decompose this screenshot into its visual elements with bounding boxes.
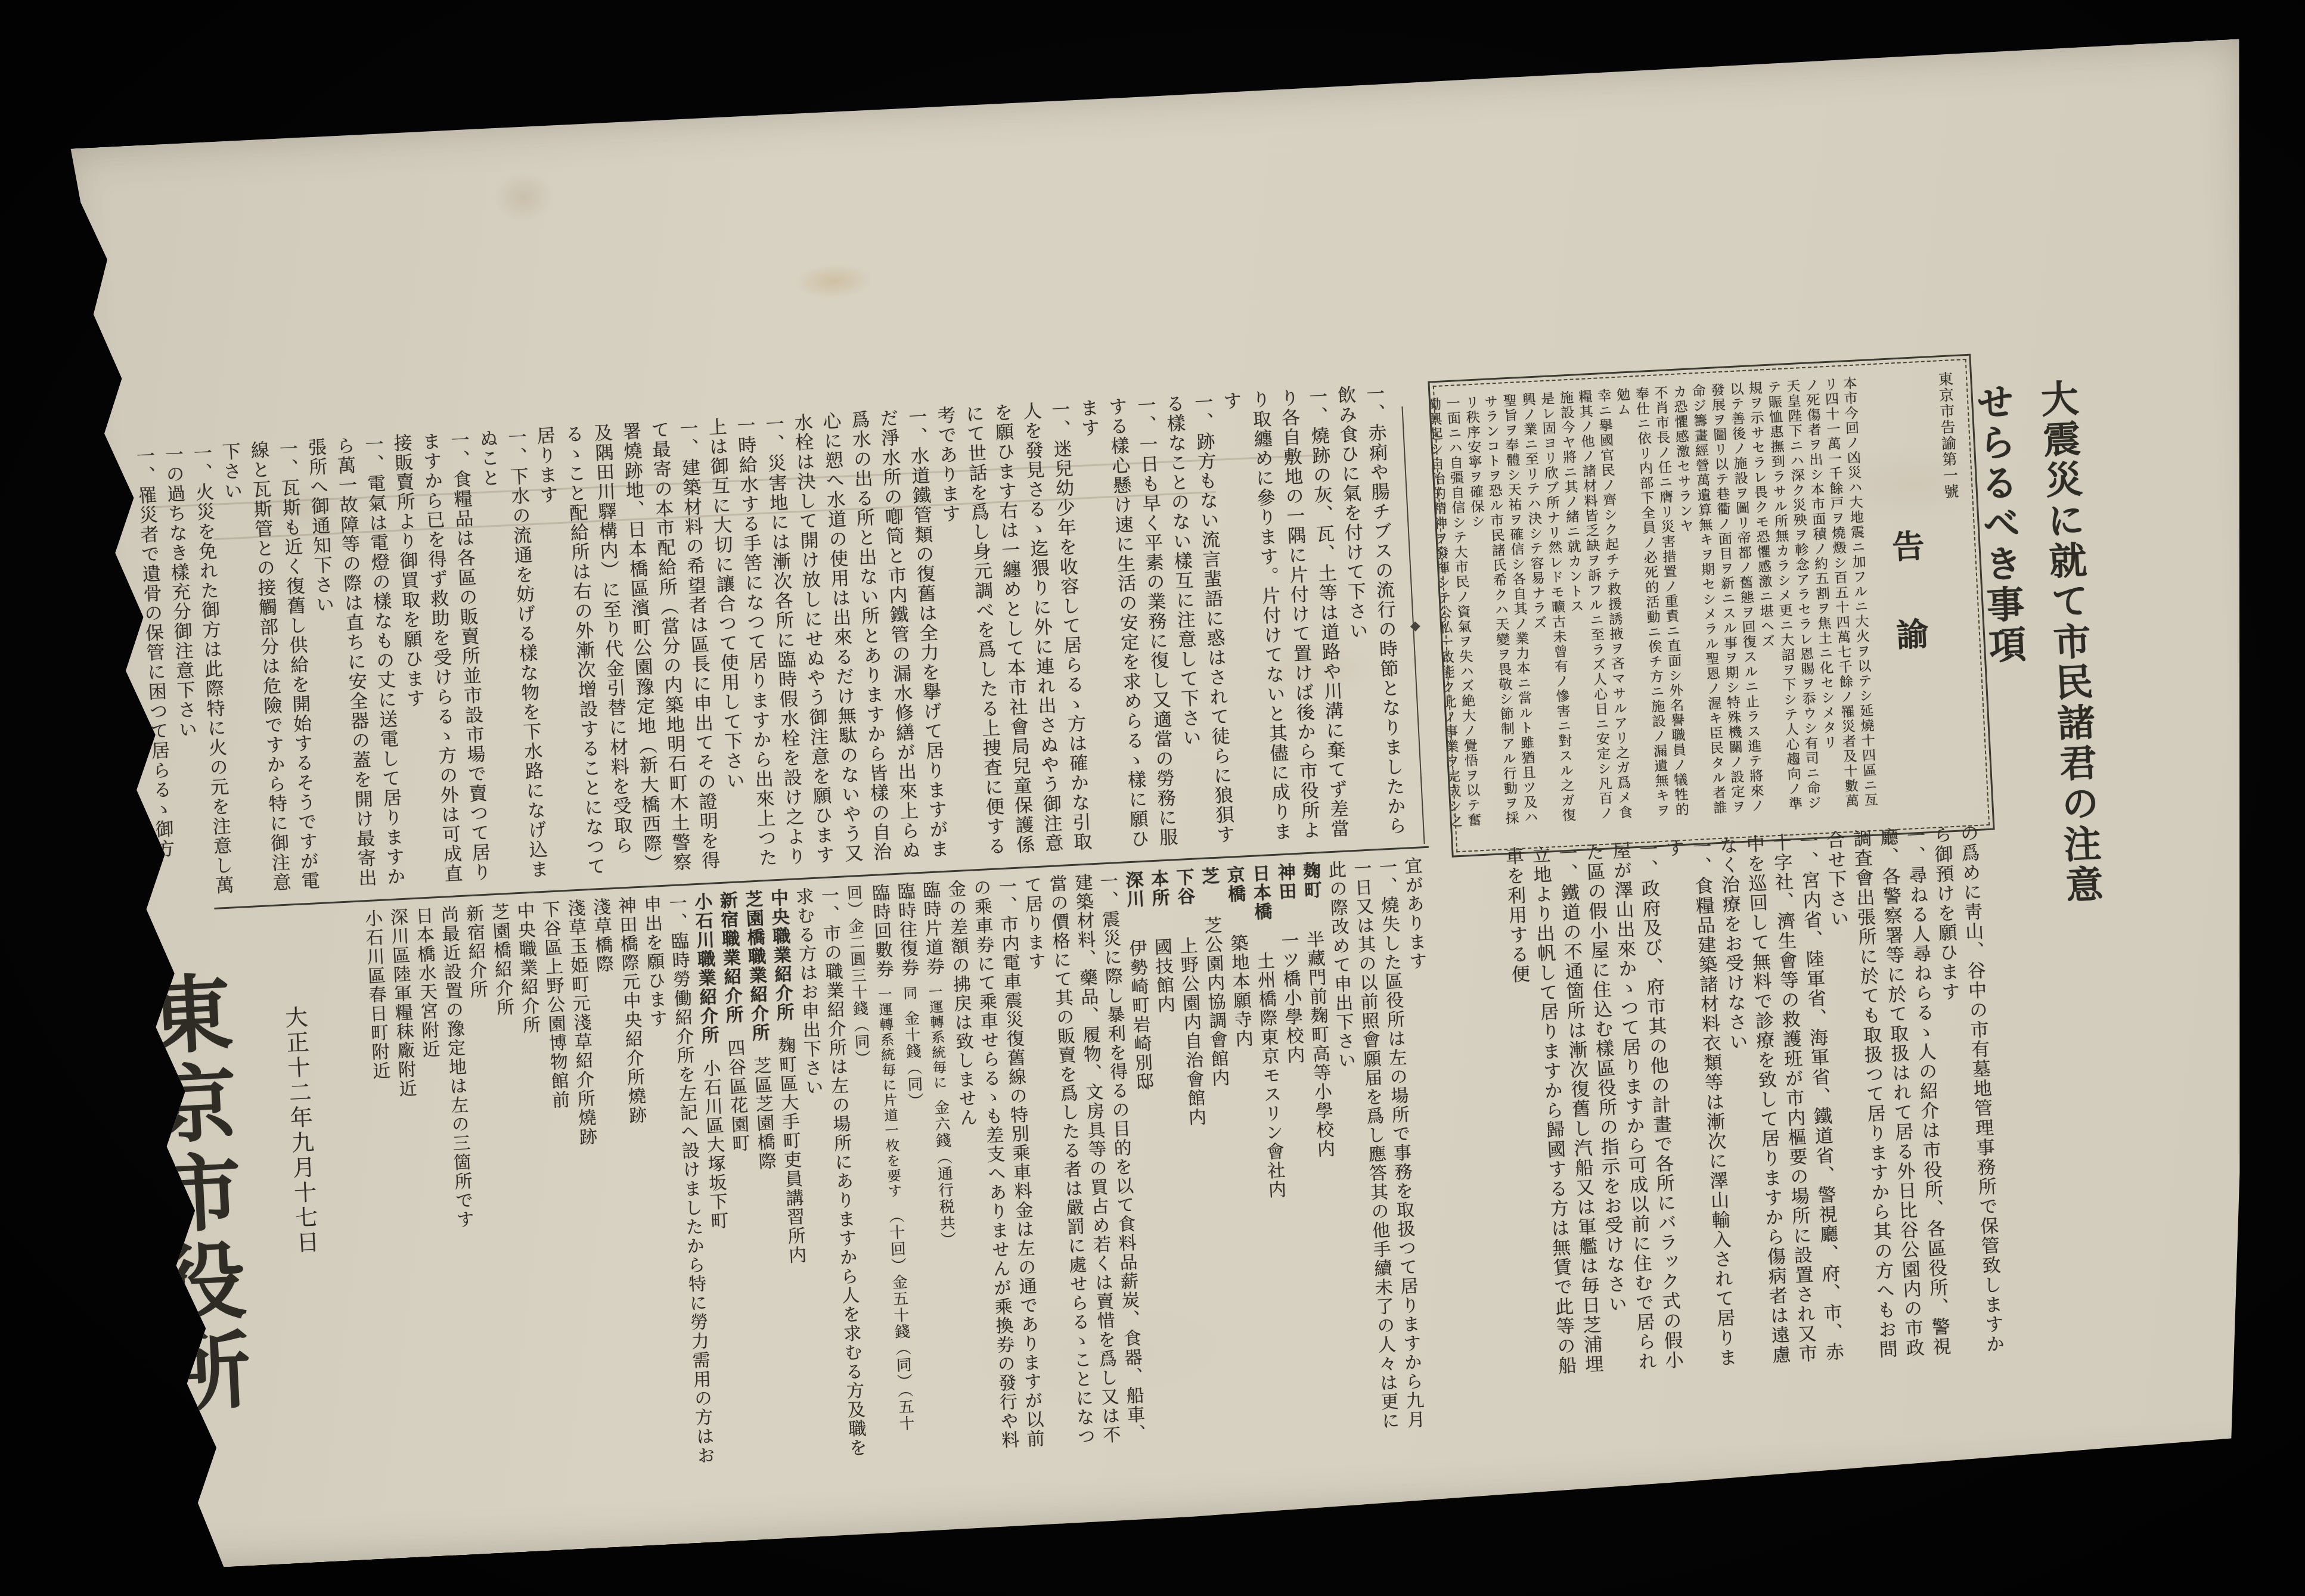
- ward-name: 神田: [1274, 862, 1296, 902]
- ward-name: 日本橋: [1248, 864, 1272, 922]
- notices-lower-right-band: の爲めに靑山、谷中の市有墓地管理事務所で保管致しますから御預けを願ひます 一、尋…: [1432, 823, 2008, 1399]
- office-location: 芝區芝園橋際: [750, 1056, 777, 1172]
- ward-office-location: 築地本願寺内: [1227, 933, 1254, 1049]
- proclamation-number: 東京市告諭第一號: [1934, 371, 1977, 816]
- paper-hole: [137, 1437, 147, 1446]
- paper-hole: [142, 1374, 153, 1383]
- proclamation-box: 東京市告諭第一號 告 諭 本市今回ノ凶災ハ大地震ニ加フルニ大火ヲ以テシ延燒十四區…: [1428, 354, 1994, 858]
- ward-office-location: 一ツ橋小學校内: [1277, 931, 1305, 1065]
- proclamation-heading: 告 諭: [1875, 372, 1942, 819]
- fare-label: 臨時片道券: [919, 880, 944, 977]
- office-name: 新宿職業紹介所: [716, 891, 743, 1025]
- ward-name: 下谷: [1172, 868, 1195, 907]
- notices-upper-band: 一、赤痢や腸チブスの流行の時節となりましたから飲み食ひに氣を付けて下さい 一、燒…: [95, 383, 1411, 912]
- photo-background: 大震災に就て市民諸君の注意 せらるべき事項 東京市告諭第一號 告 諭 本市今回ノ…: [0, 0, 2305, 1596]
- fare-label: 臨時回數券: [868, 883, 894, 980]
- notice-item: 一、水道鐵管類の復舊は全力を擧げて居りますがまだ淨水所の喞筒と市内鐵管の漏水修繕…: [787, 406, 953, 877]
- ward-name: 芝: [1198, 867, 1220, 887]
- issuer-name: 東京市役所: [138, 969, 250, 1461]
- ward-name: 麹町: [1299, 861, 1322, 901]
- document-paper: 大震災に就て市民諸君の注意 せらるべき事項 東京市告諭第一號 告 諭 本市今回ノ…: [63, 39, 2305, 1572]
- fare-note: 同: [901, 985, 918, 1001]
- ward-name: 本所: [1147, 869, 1169, 908]
- fare-label: 臨時往復券: [894, 881, 919, 978]
- office-name: 中央職業紹介所: [767, 888, 794, 1022]
- notice-item: 一、燒跡の灰、瓦、土等は道路や川溝に棄てず差當り各自敷地の一隅に片付けて置けば後…: [1216, 386, 1354, 855]
- fare-amount: 金六錢（通行税共）: [931, 1099, 957, 1249]
- issuer-signature: 東京市役所: [138, 969, 250, 1461]
- diamond-ornament-icon: [1410, 621, 1420, 631]
- notice-item: 一、建築材料の希望者は區長に申出てその證明を得て最寄の本市配給所（當分の内築地明…: [529, 418, 724, 890]
- ward-name: 深川: [1122, 870, 1144, 909]
- fare-note: 一運轉系統毎に: [926, 984, 948, 1091]
- notices-lower-left-band: 宜があります 一、燒失した區役所は左の場所で事務を取扱つて居りますから九月一日又…: [310, 856, 1452, 1483]
- ward-name: 京橋: [1223, 865, 1246, 904]
- ward-office-location: 國技館内: [1150, 937, 1175, 1015]
- notice-item: 一、迷兒幼少年を收容して居らるゝ方は確かな引取人を發見さるゝ迄猥りに外に連れ出さ…: [930, 399, 1096, 870]
- fare-amount: 金十錢（同）: [901, 1010, 924, 1110]
- office-location: 四谷區花園町: [724, 1038, 750, 1154]
